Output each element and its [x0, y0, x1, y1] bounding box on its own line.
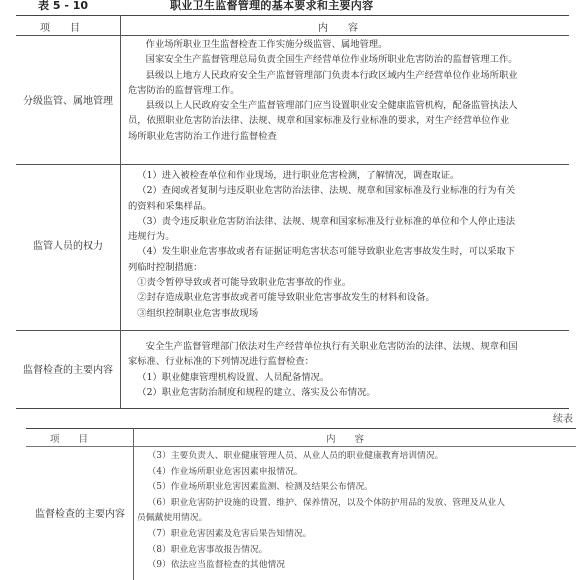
table1-top-rule [16, 15, 569, 16]
content-line: 作业场所职业卫生监督检查工作实施分级监管、属地管理。 [128, 37, 518, 52]
content-line: ①责令暂停导致或者可能导致职业危害事故的作业。 [128, 275, 515, 290]
table1-bottom-rule [16, 408, 569, 409]
content-line: 安全生产监督管理部门依法对生产经营单位执行有关职业危害防治的法律、法规、规章和国 [128, 339, 518, 354]
content-line: （1）职业健康管理机构设置、人员配备情况。 [128, 370, 518, 385]
header-item: 项 目 [50, 431, 88, 445]
content-line: （6）职业危害防护设施的设置、维护、保养情况，以及个体防护用品的发放、管理及从业… [137, 496, 505, 512]
content-line: （3）主要负责人、职业健康管理人员、从业人员的职业健康教育培训情况。 [137, 449, 505, 465]
table1-header-rule [16, 35, 569, 36]
table1-row-rule [16, 330, 569, 331]
content-line: （1）进入被检查单位和作业现场，进行职业危害检测，了解情况，调查取证。 [128, 168, 515, 183]
table1-row-rule [16, 164, 569, 165]
content-line: 员，依照职业危害防治法律、法规、规章和国家标准及行业标准的要求，对生产经营单位作… [128, 113, 518, 128]
row-label-graded-supervision: 分级监管、属地管理 [18, 92, 118, 107]
content-line: （4）发生职业危害事故或者有证据证明危害状态可能导致职业危害事故发生时，可以采取… [128, 244, 515, 259]
table-title: 职业卫生监督管理的基本要求和主要内容 [170, 0, 373, 13]
table2-top-rule [26, 428, 576, 429]
content-line: 的资料和采集样品。 [128, 199, 515, 214]
row-content-inspection-content-continued: （3）主要负责人、职业健康管理人员、从业人员的职业健康教育培训情况。 （4）作业… [137, 449, 505, 574]
content-line: （7）职业危害因素及危害后果告知情况。 [137, 527, 505, 543]
row-content-supervisor-powers: （1）进入被检查单位和作业现场，进行职业危害检测，了解情况，调查取证。 （2）查… [128, 168, 515, 321]
content-line: 县级以上人民政府安全生产监督管理部门应当设置职业安全健康监管机构，配备监管执法人 [128, 98, 518, 113]
content-line: （8）职业危害事故报告情况。 [137, 543, 505, 559]
header-content: 内 容 [326, 431, 364, 445]
content-line: 列临时控制措施： [128, 260, 515, 275]
content-line: （2）职业危害防治制度和规程的建立、落实及公布情况。 [128, 385, 518, 400]
content-line: 家标准、行业标准的下列情况进行监督检查： [128, 354, 518, 369]
header-item: 项 目 [40, 19, 80, 34]
row-label-inspection-content: 监督检查的主要内容 [18, 361, 118, 376]
content-line: 场所职业危害防治工作进行监督检查 [128, 129, 518, 144]
row-content-inspection-content: 安全生产监督管理部门依法对生产经营单位执行有关职业危害防治的法律、法规、规章和国… [128, 339, 518, 400]
content-line: （3）责令违反职业危害防治法律、法规、规章和国家标准及行业标准的单位和个人停止违… [128, 214, 515, 229]
table-caption: 表 5 - 10 职业卫生监督管理的基本要求和主要内容 [0, 0, 587, 13]
content-line: 危害防治的监督管理工作。 [128, 83, 518, 98]
row-label-supervisor-powers: 监管人员的权力 [18, 237, 118, 252]
content-line: ②封存造成职业危害事故或者可能导致职业危害事故发生的材料和设备。 [128, 290, 515, 305]
row-content-graded-supervision: 作业场所职业卫生监督检查工作实施分级监管、属地管理。 国家安全生产监督管理总局负… [128, 37, 518, 144]
content-line: ③组织控制职业危害事故现场 [128, 306, 515, 321]
content-line: 县级以上地方人民政府安全生产监督管理部门负责本行政区域内生产经营单位作业场所职业 [128, 68, 518, 83]
table2-column-divider [133, 428, 134, 580]
table1-column-divider [120, 15, 121, 408]
table-number: 表 5 - 10 [38, 0, 88, 13]
content-line: （9）依法应当监督检查的其他情况 [137, 558, 505, 574]
header-content: 内 容 [318, 19, 358, 34]
document-page: 表 5 - 10 职业卫生监督管理的基本要求和主要内容 项 目 内 容 分级监管… [0, 0, 587, 580]
content-line: 员佩戴使用情况。 [137, 511, 505, 527]
content-line: （5）作业场所职业危害因素监测、检测及结果公布情况。 [137, 480, 505, 496]
content-line: 违规行为。 [128, 229, 515, 244]
content-line: 国家安全生产监督管理总局负责全国生产经营单位作业场所职业危害防治的监督管理工作。 [128, 52, 518, 67]
continued-label: 续表 [553, 410, 573, 425]
content-line: （2）查阅或者复制与违反职业危害防治法律、法规、规章和国家标准及行业标准的行为有… [128, 183, 515, 198]
table2-header-rule [26, 446, 576, 447]
row-label-inspection-content-continued: 监督检查的主要内容 [28, 505, 132, 520]
content-line: （4）作业场所职业危害因素申报情况。 [137, 465, 505, 481]
